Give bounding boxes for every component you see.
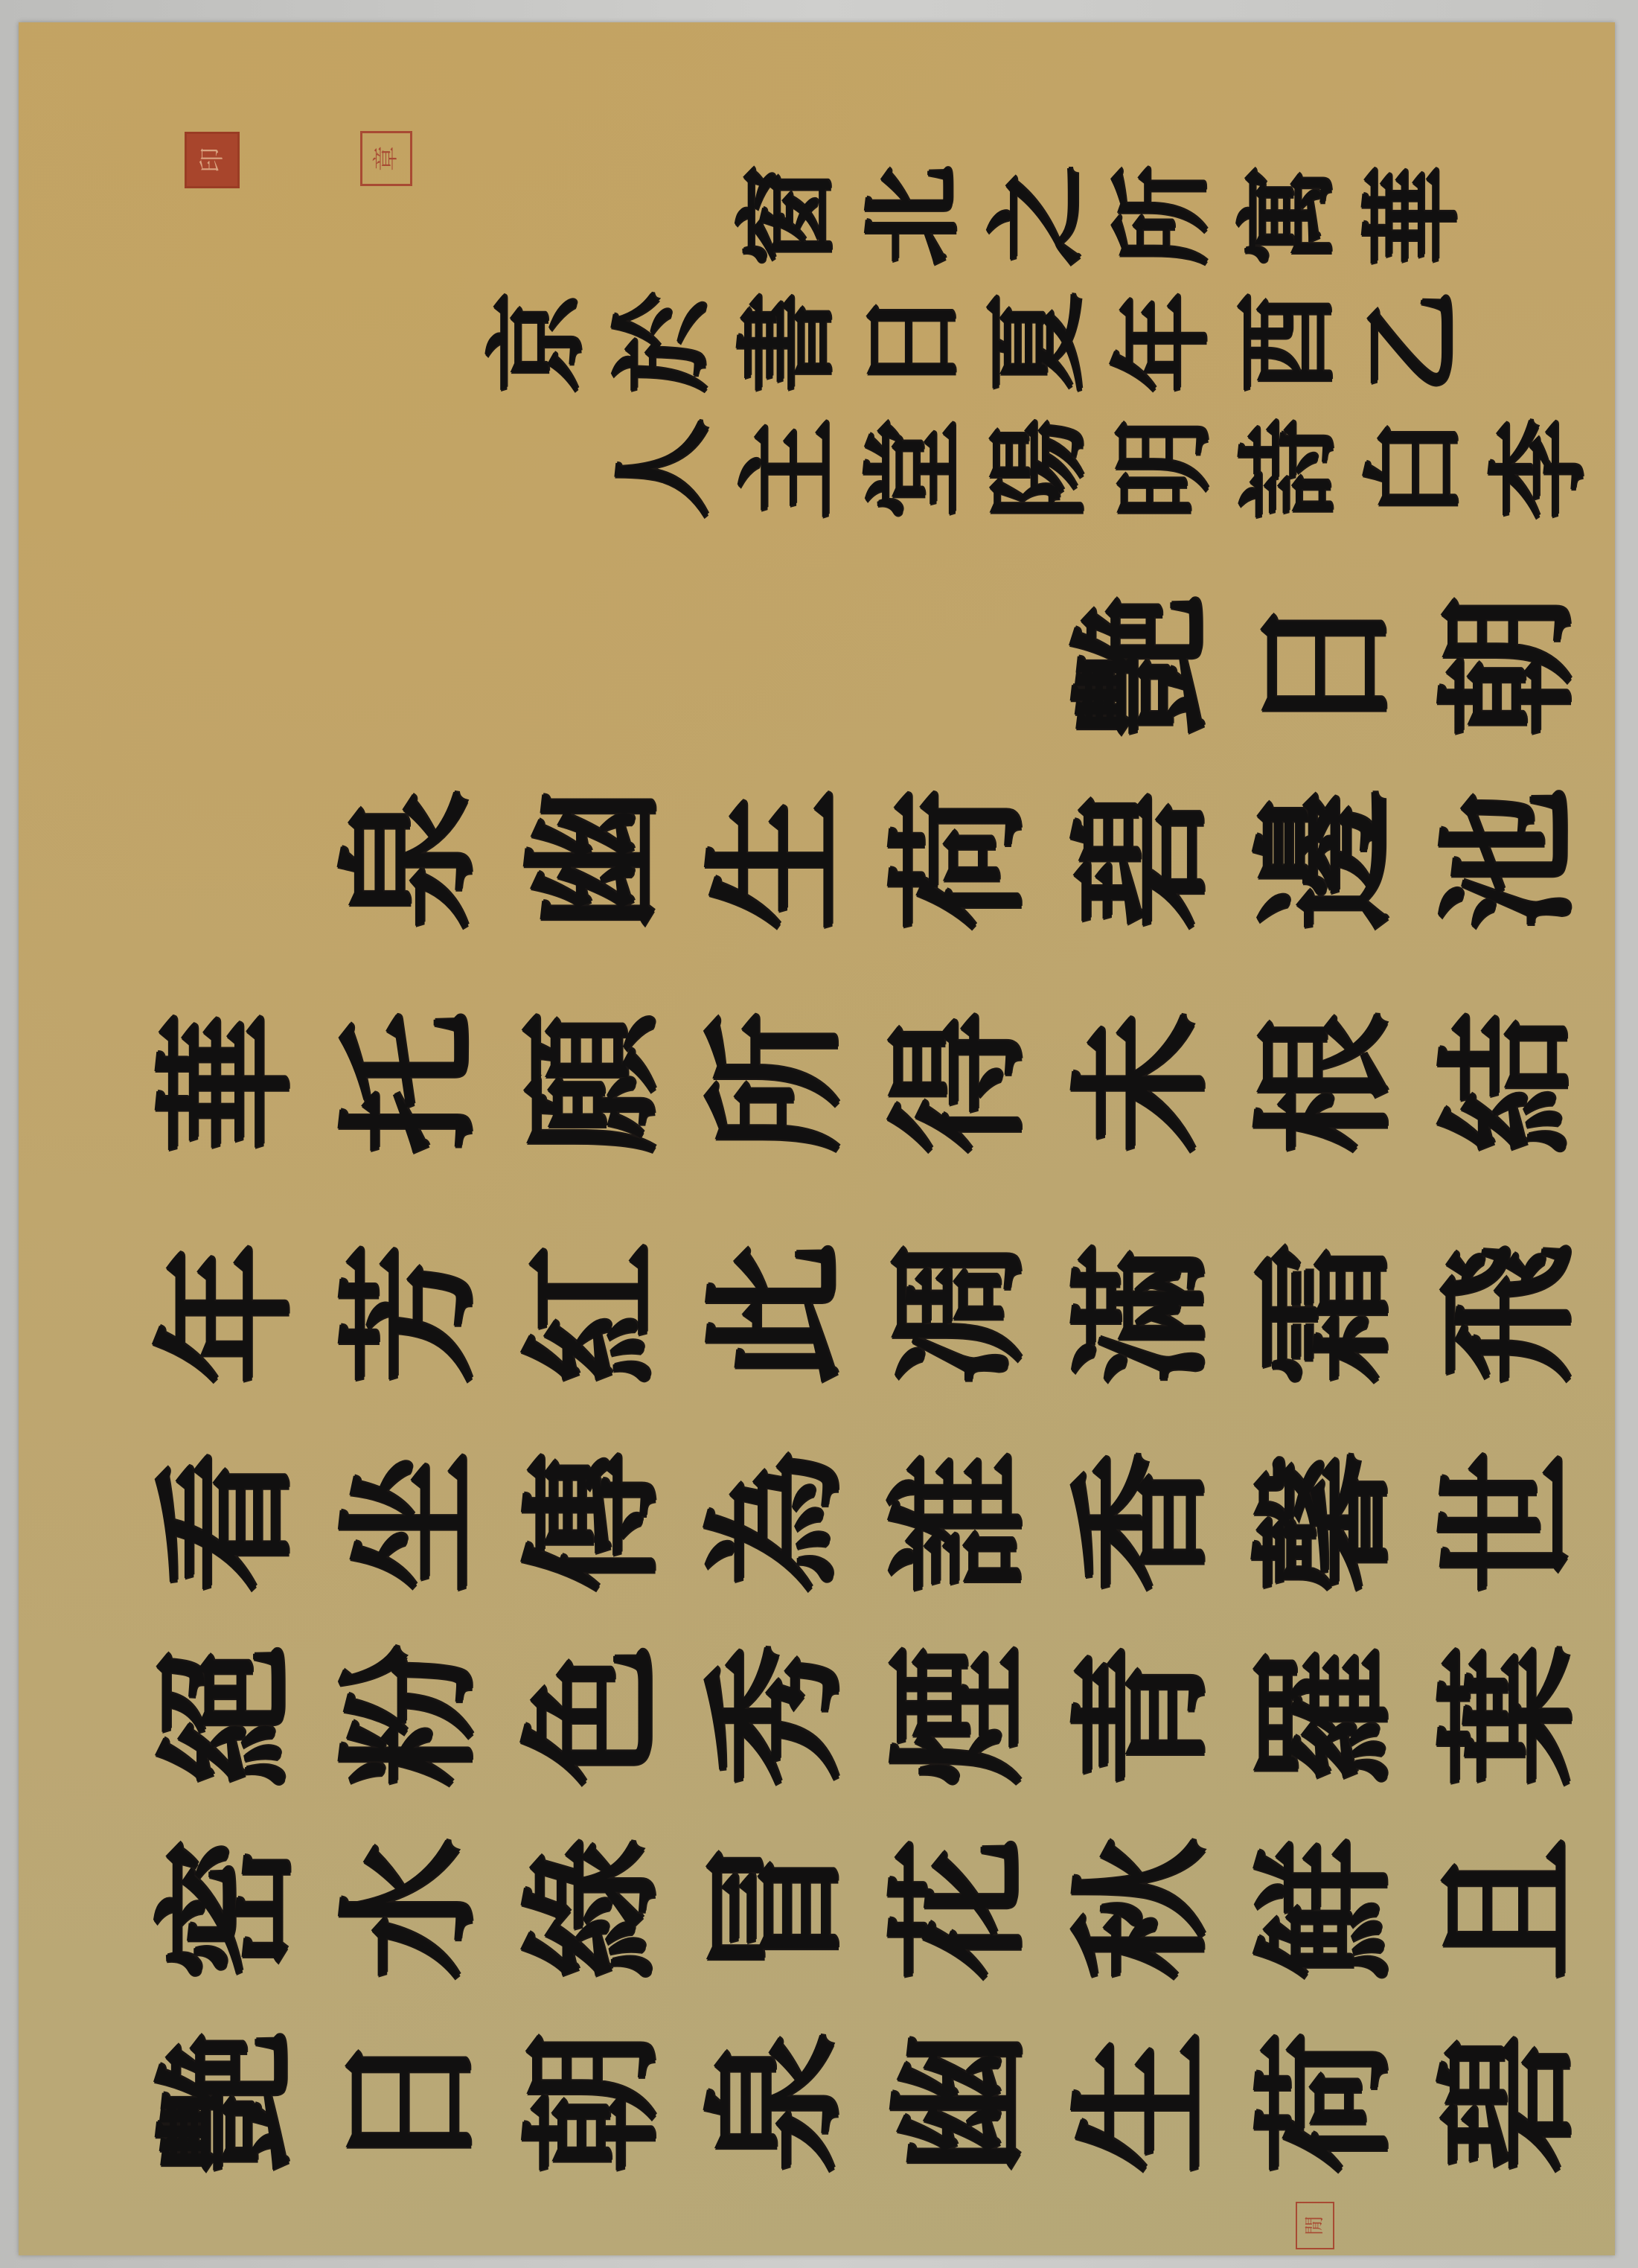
- glyph: 華: [1348, 160, 1474, 272]
- glyph: 紅: [507, 1228, 678, 1399]
- glyph: 人: [599, 413, 726, 525]
- glyph: 羅: [1239, 1630, 1410, 1801]
- glyph: 李: [1474, 413, 1601, 525]
- inscription-column-3: 華 寓 所 之 北 窗: [388, 149, 1467, 283]
- glyph: 北: [848, 160, 974, 272]
- text-column-4: 世 馨 香 誰 為 傳 坐 看: [31, 1429, 1593, 1615]
- glyph: 為: [690, 1437, 861, 1608]
- glyph: 日: [848, 287, 974, 398]
- glyph: 邊: [1239, 774, 1410, 945]
- glyph: 窗: [723, 160, 849, 272]
- inscription-column-1: 李 白 詩 明 陽 堂 主 人: [365, 402, 1593, 536]
- glyph: 芳: [324, 1228, 495, 1399]
- glyph: 未: [1056, 997, 1227, 1169]
- glyph: 煙: [873, 1630, 1044, 1801]
- glyph: 誰: [873, 1437, 1044, 1608]
- text-column-7: 池 邊 碧 荷 生 幽 泉: [31, 767, 1593, 953]
- glyph: 泉: [324, 774, 495, 945]
- glyph: 鮮: [1239, 1824, 1410, 1995]
- text-column-6: 結 根 未 得 所 願 托 華: [31, 990, 1593, 1176]
- glyph: 滿: [1056, 1228, 1227, 1399]
- style-seal: 章: [360, 131, 412, 186]
- glyph: 所: [690, 997, 861, 1169]
- glyph: 酉: [1223, 287, 1349, 398]
- glyph: 書: [723, 287, 849, 398]
- glyph: 凋: [873, 1228, 1044, 1399]
- glyph: 色: [507, 1630, 678, 1801]
- glyph: 此: [690, 1228, 861, 1399]
- text-column-8: 朝 日 艷: [31, 573, 1593, 759]
- glyph: 霜: [1239, 1228, 1410, 1399]
- glyph: 池: [1422, 774, 1593, 945]
- glyph: 詩: [1224, 413, 1351, 525]
- glyph: 葉: [1422, 1630, 1593, 1801]
- glyph: 坐: [324, 1437, 495, 1608]
- text-column-3: 葉 羅 青 煙 秀 色 粉 絕: [31, 1623, 1593, 1809]
- glyph: 荷: [873, 774, 1044, 945]
- glyph: 傳: [507, 1437, 678, 1608]
- glyph: 夏: [973, 287, 1099, 398]
- glyph: 華: [141, 997, 312, 1169]
- glyph: 托: [324, 997, 495, 1169]
- text-column-5: 飛 霜 滿 凋 此 紅 芳 年: [31, 1221, 1593, 1407]
- glyph: 飛: [1422, 1228, 1593, 1399]
- glyph: 絕: [141, 1630, 312, 1801]
- glyph: 粉: [324, 1630, 495, 1801]
- text-column-2: 且 鮮 秋 花 冒 綠 水 密: [31, 1816, 1593, 2002]
- glyph: 冒: [690, 1824, 861, 1995]
- glyph: 生: [1056, 2017, 1227, 2188]
- glyph: 願: [507, 997, 678, 1169]
- glyph: 陽: [974, 413, 1101, 525]
- glyph: 碧: [1056, 774, 1227, 945]
- glyph: 堂: [849, 413, 976, 525]
- glyph: 綠: [507, 1824, 678, 1995]
- glyph: 根: [1239, 997, 1410, 1169]
- glyph: 且: [1422, 1824, 1593, 1995]
- glyph: 花: [873, 1824, 1044, 1995]
- glyph: 幽: [507, 774, 678, 945]
- glyph: 年: [141, 1228, 312, 1399]
- glyph: 得: [873, 997, 1044, 1169]
- glyph: 世: [1422, 1437, 1593, 1608]
- glyph: 碧: [1422, 2017, 1593, 2188]
- glyph: 幽: [873, 2017, 1044, 2188]
- glyph: 朝: [1422, 581, 1593, 752]
- glyph: 泉: [690, 2017, 861, 2188]
- glyph: 秋: [1056, 1824, 1227, 1995]
- glyph: 日: [324, 2017, 495, 2188]
- glyph: 寓: [1223, 160, 1349, 272]
- glyph: 密: [141, 1824, 312, 1995]
- glyph: 荷: [1239, 2017, 1410, 2188]
- glyph: 艷: [141, 2017, 312, 2188]
- glyph: 年: [1098, 287, 1224, 398]
- glyph: 日: [1239, 581, 1410, 752]
- glyph: 朝: [507, 2017, 678, 2188]
- glyph: 於: [598, 287, 724, 398]
- glyph: 京: [473, 287, 599, 398]
- glyph: 乙: [1348, 287, 1474, 398]
- glyph: 水: [324, 1824, 495, 1995]
- glyph: 所: [1098, 160, 1224, 272]
- inscription-column-2: 乙 酉 年 夏 日 書 於 京: [388, 275, 1467, 409]
- glyph: 明: [1099, 413, 1226, 525]
- glyph: 秀: [690, 1630, 861, 1801]
- glyph: 看: [141, 1437, 312, 1608]
- glyph: 白: [1349, 413, 1476, 525]
- glyph: 香: [1056, 1437, 1227, 1608]
- glyph: 之: [973, 160, 1099, 272]
- glyph: 馨: [1239, 1437, 1410, 1608]
- glyph: 青: [1056, 1630, 1227, 1801]
- glyph: 生: [690, 774, 861, 945]
- glyph: 主: [724, 413, 851, 525]
- glyph: 艷: [1056, 581, 1227, 752]
- leisure-seal: 閒: [1296, 2202, 1334, 2249]
- glyph: 結: [1422, 997, 1593, 1169]
- text-column-1: 碧 荷 生 幽 泉 朝 日 艷: [31, 2010, 1593, 2196]
- name-seal: 印: [185, 132, 240, 188]
